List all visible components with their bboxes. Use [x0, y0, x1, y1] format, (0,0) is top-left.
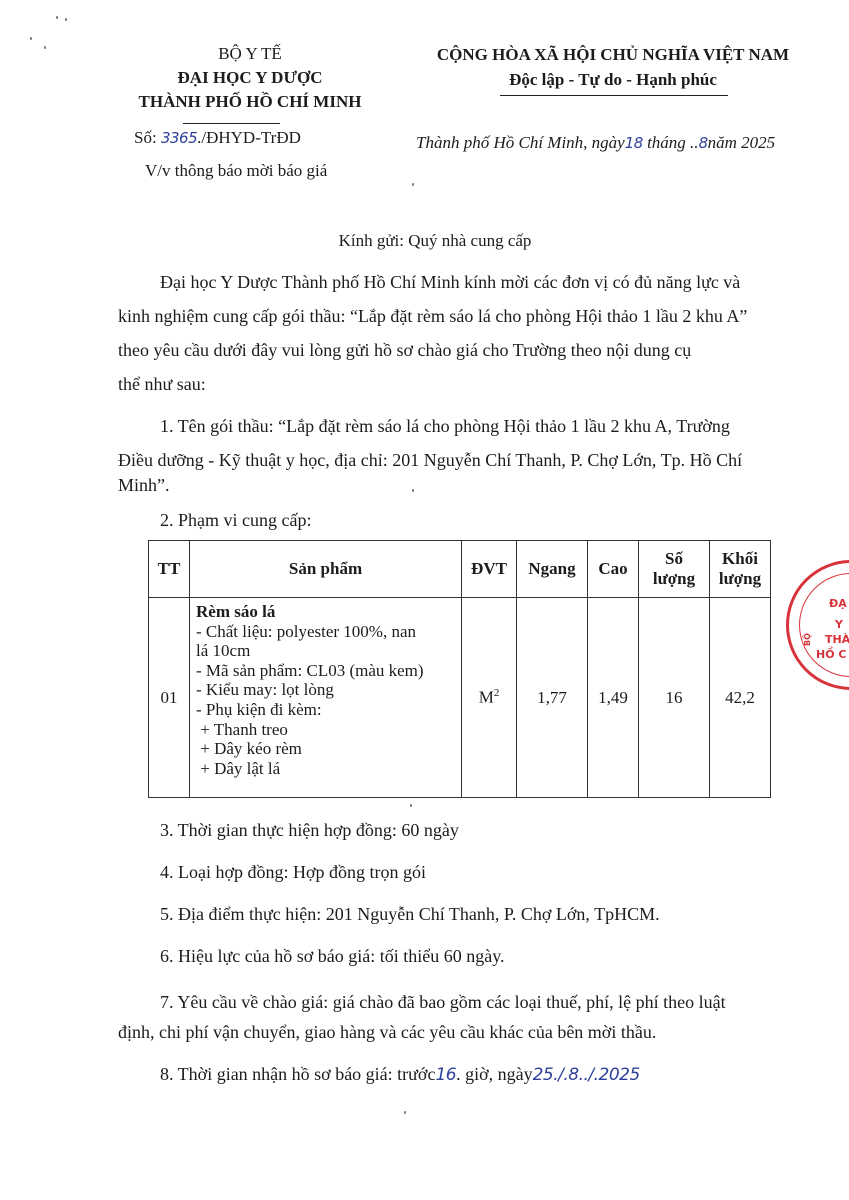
- cell-tt: 01: [149, 598, 190, 798]
- document-number: Số: 3365./ĐHYD-TrĐD: [134, 128, 301, 148]
- doc-number-suffix: ./ĐHYD-TrĐD: [197, 128, 301, 147]
- salutation: Kính gửi: Quý nhà cung cấp: [140, 231, 730, 251]
- official-seal: ĐẠ Y THÀ HỒ C BỘ: [786, 560, 849, 690]
- university-name-line1: ĐẠI HỌC Y DƯỢC: [100, 66, 400, 90]
- scan-speck: [30, 37, 32, 40]
- product-detail: lá 10cm: [196, 641, 455, 661]
- seal-text: HỒ C: [816, 648, 846, 661]
- national-motto: Độc lập - Tự do - Hạnh phúc: [425, 70, 801, 90]
- cell-unit: M2: [462, 598, 517, 798]
- product-detail: + Dây lật lá: [196, 759, 455, 779]
- quantity-header-line2: lượng: [639, 569, 709, 589]
- product-detail: - Kiểu may: lọt lòng: [196, 680, 455, 700]
- seal-text: THÀ: [825, 633, 849, 646]
- issuer-block: BỘ Y TẾ ĐẠI HỌC Y DƯỢC THÀNH PHỐ HỒ CHÍ …: [100, 42, 400, 114]
- doc-number-prefix: Số:: [134, 128, 161, 147]
- date-prefix: Thành phố Hồ Chí Minh, ngày: [416, 133, 625, 152]
- table-header-row: TT Sản phẩm ĐVT Ngang Cao Số lượng Khối …: [149, 541, 771, 598]
- item-5: 5. Địa điểm thực hiện: 201 Nguyễn Chí Th…: [160, 903, 810, 925]
- scan-speck: [65, 18, 67, 21]
- product-detail: - Phụ kiện đi kèm:: [196, 700, 455, 720]
- date-month-prefix: tháng ..: [643, 133, 699, 152]
- seal-text: Y: [835, 618, 843, 631]
- cell-volume: 42,2: [710, 598, 771, 798]
- product-name: Rèm sáo lá: [196, 602, 455, 622]
- seal-text: ĐẠ: [829, 597, 847, 610]
- cell-height: 1,49: [588, 598, 639, 798]
- date-day-handwritten: 18: [625, 134, 643, 152]
- university-name-line2: THÀNH PHỐ HỒ CHÍ MINH: [100, 90, 400, 114]
- unit-text: M: [479, 688, 494, 707]
- seal-side-text: BỘ: [803, 633, 812, 646]
- intro-line: thể như sau:: [118, 373, 768, 395]
- product-detail: + Thanh treo: [196, 720, 455, 740]
- date-year: năm 2025: [708, 133, 776, 152]
- col-header-volume: Khối lượng: [710, 541, 771, 598]
- table-row: 01 Rèm sáo lá - Chất liệu: polyester 100…: [149, 598, 771, 798]
- product-detail: - Mã sản phẩm: CL03 (màu kem): [196, 661, 455, 681]
- cell-width: 1,77: [517, 598, 588, 798]
- volume-header-line2: lượng: [710, 569, 770, 589]
- item-4: 4. Loại hợp đồng: Hợp đồng trọn gói: [160, 861, 810, 883]
- scan-speck: [44, 46, 46, 49]
- col-header-width: Ngang: [517, 541, 588, 598]
- col-header-product: Sản phẩm: [190, 541, 462, 598]
- item-6: 6. Hiệu lực của hồ sơ báo giá: tối thiểu…: [160, 945, 810, 967]
- item-7-line: 7. Yêu cầu về chào giá: giá chào đã bao …: [160, 991, 810, 1013]
- item-1-line: 1. Tên gói thầu: “Lắp đặt rèm sáo lá cho…: [160, 415, 810, 437]
- col-header-unit: ĐVT: [462, 541, 517, 598]
- scan-speck: [412, 489, 414, 492]
- subject-line: V/v thông báo mời báo giá: [145, 161, 327, 181]
- item-2-label: 2. Phạm vi cung cấp:: [160, 509, 810, 531]
- scan-speck: [410, 804, 412, 807]
- item-1-line: Điều dưỡng - Kỹ thuật y học, địa chỉ: 20…: [118, 449, 768, 471]
- intro-line: Đại học Y Dược Thành phố Hồ Chí Minh kín…: [160, 271, 810, 293]
- col-header-tt: TT: [149, 541, 190, 598]
- scan-speck: [56, 16, 58, 19]
- date-month-handwritten: 8: [699, 134, 708, 152]
- item-8-prefix: 8. Thời gian nhận hồ sơ báo giá: trước: [160, 1064, 435, 1084]
- country-name: CỘNG HÒA XÃ HỘI CHỦ NGHĨA VIỆT NAM: [425, 45, 801, 65]
- item-1-line: Minh”.: [118, 474, 768, 496]
- intro-line: kinh nghiệm cung cấp gói thầu: “Lắp đặt …: [118, 305, 768, 327]
- volume-header-line1: Khối: [710, 549, 770, 569]
- motto-underline: [500, 95, 728, 96]
- ministry-name: BỘ Y TẾ: [100, 42, 400, 66]
- issue-date: Thành phố Hồ Chí Minh, ngày18 tháng ..8n…: [416, 133, 775, 153]
- scan-speck: [404, 1111, 406, 1114]
- product-detail: + Dây kéo rèm: [196, 739, 455, 759]
- item-8-hour-handwritten: 16: [435, 1065, 456, 1085]
- scan-speck: [412, 183, 414, 186]
- doc-number-handwritten: 3365: [161, 129, 197, 147]
- item-3: 3. Thời gian thực hiện hợp đồng: 60 ngày: [160, 819, 810, 841]
- product-detail: - Chất liệu: polyester 100%, nan: [196, 622, 455, 642]
- unit-superscript: 2: [494, 687, 500, 699]
- issuer-underline: [183, 123, 280, 124]
- cell-product: Rèm sáo lá - Chất liệu: polyester 100%, …: [190, 598, 462, 798]
- item-8-date-handwritten: 25./.8../.2025: [533, 1065, 640, 1085]
- scope-table: TT Sản phẩm ĐVT Ngang Cao Số lượng Khối …: [148, 540, 771, 798]
- col-header-quantity: Số lượng: [639, 541, 710, 598]
- cell-quantity: 16: [639, 598, 710, 798]
- item-8-middle: . giờ, ngày: [456, 1064, 533, 1084]
- intro-line: theo yêu cầu dưới đây vui lòng gửi hồ sơ…: [118, 339, 768, 361]
- col-header-height: Cao: [588, 541, 639, 598]
- item-8: 8. Thời gian nhận hồ sơ báo giá: trước16…: [160, 1063, 810, 1086]
- quantity-header-line1: Số: [639, 549, 709, 569]
- item-7-line: định, chi phí vận chuyển, giao hàng và c…: [118, 1021, 768, 1043]
